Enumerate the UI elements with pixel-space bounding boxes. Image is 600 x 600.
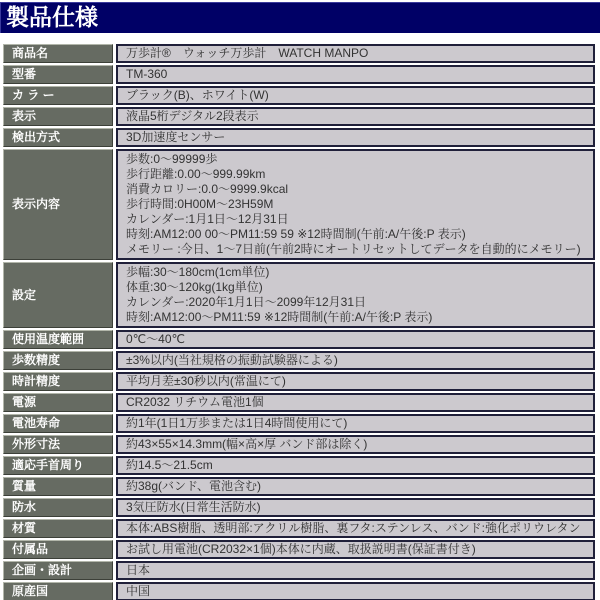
spec-value: ブラック(B)、ホワイト(W) [116,86,595,105]
spec-label: 原産国 [3,582,113,600]
spec-label: 時計精度 [3,372,113,391]
spec-value: お試し用電池(CR2032×1個)本体に内蔵、取扱説明書(保証書付き) [116,540,595,559]
spec-label: 型番 [3,65,113,84]
spec-label: 検出方式 [3,128,113,147]
page-title: 製品仕様 [6,4,98,30]
spec-row: 付属品お試し用電池(CR2032×1個)本体に内蔵、取扱説明書(保証書付き) [3,540,595,559]
spec-row: 商品名万歩計® ウォッチ万歩計 WATCH MANPO [3,44,595,63]
spec-value: ±3%以内(当社規格の振動試験器による) [116,351,595,370]
spec-row: カ ラ ーブラック(B)、ホワイト(W) [3,86,595,105]
spec-label: 電池寿命 [3,414,113,433]
spec-row: 材質本体:ABS樹脂、透明部:アクリル樹脂、裏フタ:ステンレス、バンド:強化ポリ… [3,519,595,538]
spec-value: 約43×55×14.3mm(幅×高×厚 バンド部は除く) [116,435,595,454]
spec-value: CR2032 リチウム電池1個 [116,393,595,412]
spec-label: 材質 [3,519,113,538]
spec-value: 液晶5桁デジタル2段表示 [116,107,595,126]
spec-value: TM-360 [116,65,595,84]
spec-row: 外形寸法約43×55×14.3mm(幅×高×厚 バンド部は除く) [3,435,595,454]
spec-value: 万歩計® ウォッチ万歩計 WATCH MANPO [116,44,595,63]
spec-value: 歩数:0〜99999歩 歩行距離:0.00〜999.99km 消費カロリー:0.… [116,149,595,260]
spec-label: 企画・設計 [3,561,113,580]
spec-label: 適応手首周り [3,456,113,475]
spec-label: 表示 [3,107,113,126]
spec-value: 平均月差±30秒以内(常温にて) [116,372,595,391]
spec-table: 商品名万歩計® ウォッチ万歩計 WATCH MANPO型番TM-360カ ラ ー… [0,42,598,600]
spec-row: 適応手首周り約14.5〜21.5cm [3,456,595,475]
spec-row: 企画・設計日本 [3,561,595,580]
spec-label: 表示内容 [3,149,113,260]
spec-value: 中国 [116,582,595,600]
page-title-bar: 製品仕様 [0,2,600,33]
spec-label: 防水 [3,498,113,517]
spec-value: 歩幅:30〜180cm(1cm単位) 体重:30〜120kg(1kg単位) カレ… [116,262,595,328]
spec-label: 商品名 [3,44,113,63]
spec-row: 歩数精度±3%以内(当社規格の振動試験器による) [3,351,595,370]
spec-row: 設定歩幅:30〜180cm(1cm単位) 体重:30〜120kg(1kg単位) … [3,262,595,328]
spec-value: 約14.5〜21.5cm [116,456,595,475]
spec-row: 質量約38g(バンド、電池含む) [3,477,595,496]
spec-label: カ ラ ー [3,86,113,105]
spec-row: 電源CR2032 リチウム電池1個 [3,393,595,412]
spec-label: 電源 [3,393,113,412]
spec-value: 3気圧防水(日常生活防水) [116,498,595,517]
spec-table-body: 商品名万歩計® ウォッチ万歩計 WATCH MANPO型番TM-360カ ラ ー… [3,44,595,600]
spec-label: 外形寸法 [3,435,113,454]
spec-row: 使用温度範囲0℃〜40℃ [3,330,595,349]
spec-value: 約1年(1日1万歩または1日4時間使用にて) [116,414,595,433]
spec-row: 表示液晶5桁デジタル2段表示 [3,107,595,126]
spec-label: 歩数精度 [3,351,113,370]
spec-value: 約38g(バンド、電池含む) [116,477,595,496]
spec-row: 表示内容歩数:0〜99999歩 歩行距離:0.00〜999.99km 消費カロリ… [3,149,595,260]
spec-label: 質量 [3,477,113,496]
spec-row: 時計精度平均月差±30秒以内(常温にて) [3,372,595,391]
spec-value: 本体:ABS樹脂、透明部:アクリル樹脂、裏フタ:ステンレス、バンド:強化ポリウレ… [116,519,595,538]
spec-value: 0℃〜40℃ [116,330,595,349]
spec-value: 日本 [116,561,595,580]
spec-label: 設定 [3,262,113,328]
spec-label: 使用温度範囲 [3,330,113,349]
spec-label: 付属品 [3,540,113,559]
spec-value: 3D加速度センサー [116,128,595,147]
spec-row: 検出方式3D加速度センサー [3,128,595,147]
spec-row: 電池寿命約1年(1日1万歩または1日4時間使用にて) [3,414,595,433]
spec-row: 原産国中国 [3,582,595,600]
spec-row: 型番TM-360 [3,65,595,84]
spec-row: 防水3気圧防水(日常生活防水) [3,498,595,517]
